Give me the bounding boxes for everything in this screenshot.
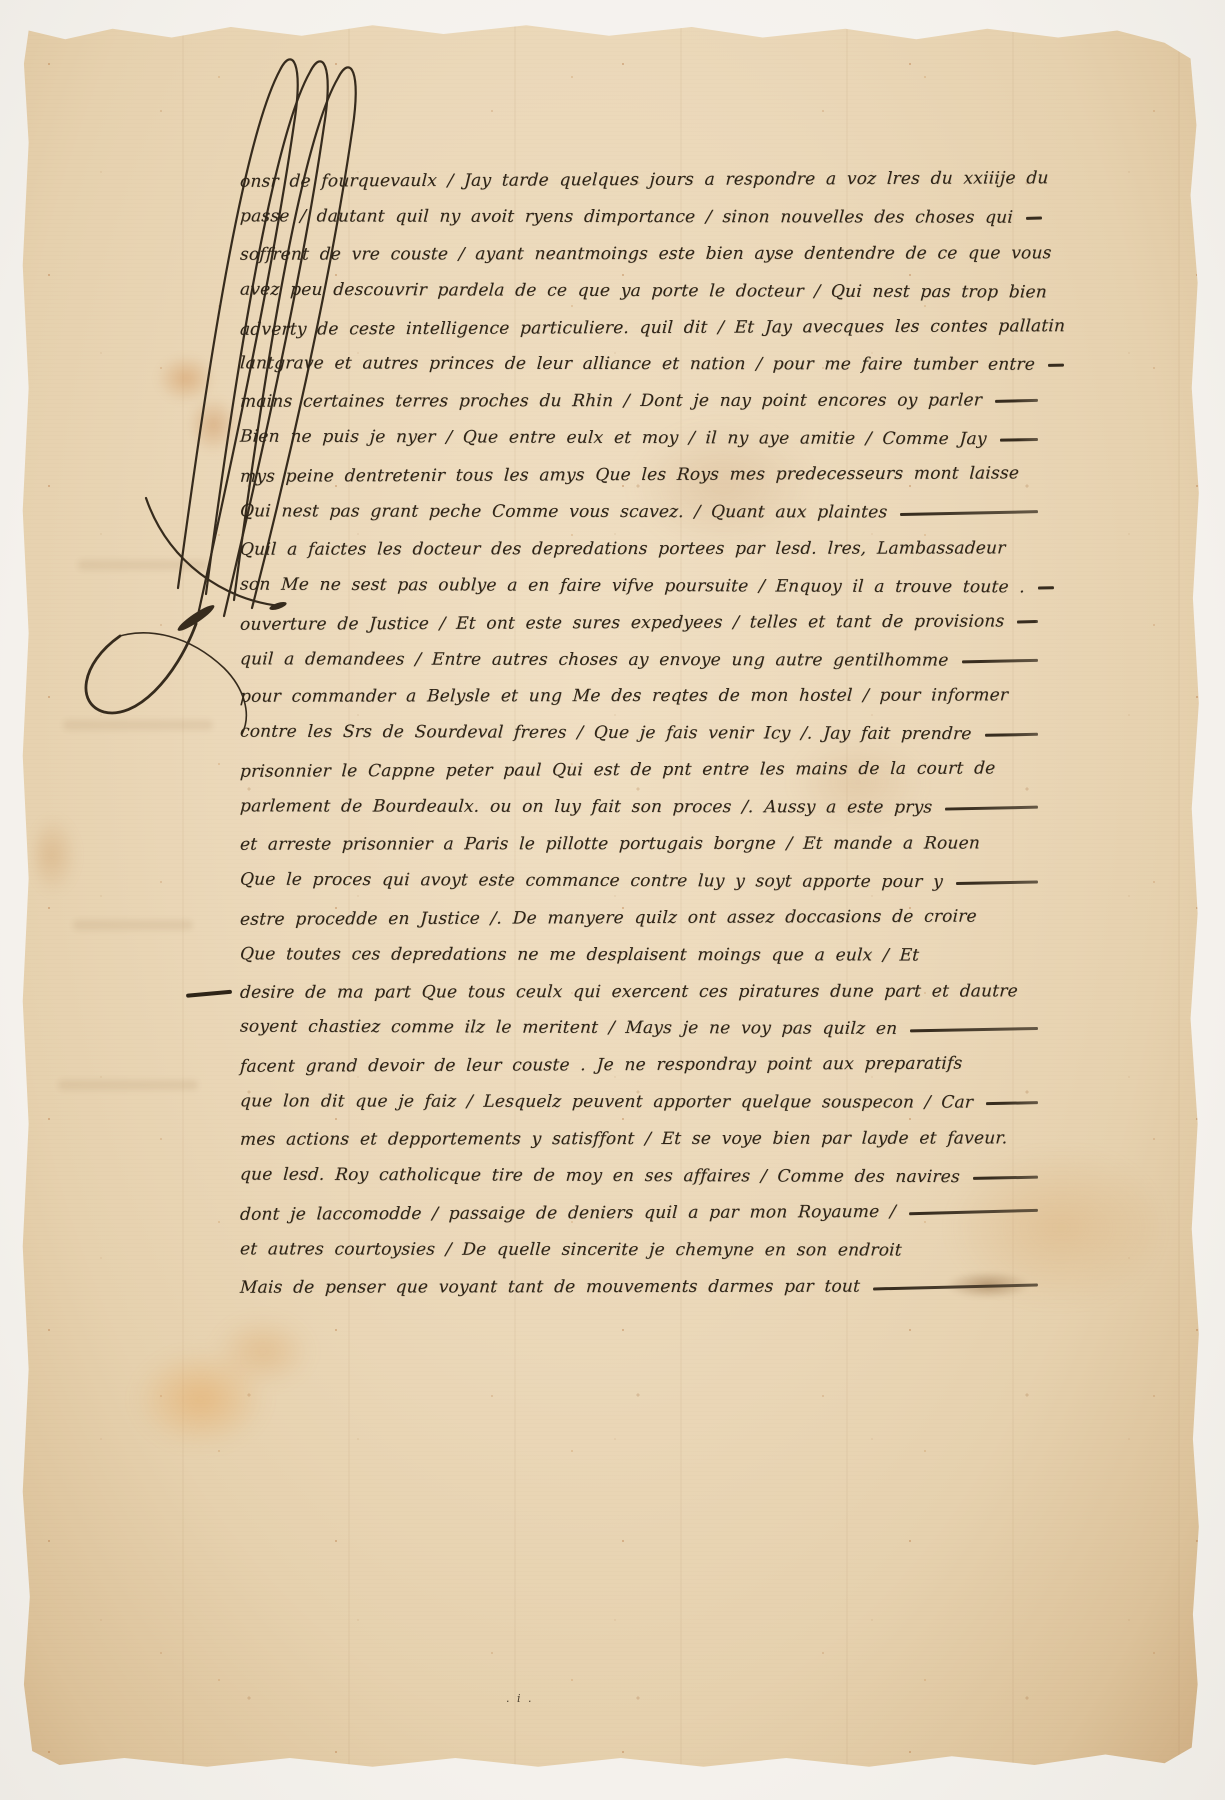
manuscript-line: Que le proces qui avoyt este commance co…	[240, 862, 1040, 902]
manuscript-line: Bien ne puis je nyer / Que entre eulx et…	[240, 419, 1040, 459]
manuscript-line-text: lantgrave et autres princes de leur alli…	[239, 354, 1035, 375]
manuscript-line-text: adverty de ceste intelligence particulie…	[240, 316, 1066, 340]
manuscript-line-text: estre procedde en Justice /. De manyere …	[240, 907, 978, 930]
manuscript-line-text: que lon dit que je faiz / Lesquelz peuve…	[239, 1092, 973, 1113]
manuscript-line: prisonnier le Cappne peter paul Qui est …	[240, 751, 1040, 791]
manuscript-line-text: mes actions et depportements y satisffon…	[239, 1129, 1007, 1150]
line-filler-dash	[1048, 364, 1064, 367]
manuscript-line-text: ouverture de Justice / Et ont este sures…	[240, 612, 1005, 635]
manuscript-line: contre les Srs de Sourdeval freres / Que…	[240, 714, 1040, 754]
manuscript-line: pour commander a Belysle et ung Me des r…	[240, 678, 1040, 716]
manuscript-line: dont je laccomodde / passaige de deniers…	[240, 1193, 1040, 1233]
line-filler-dash	[995, 399, 1038, 403]
manuscript-line-text: facent grand devoir de leur couste . Je …	[240, 1054, 963, 1077]
manuscript-line-text: onsr de fourquevaulx / Jay tarde quelque…	[240, 169, 1050, 193]
line-filler-dash	[909, 1209, 1038, 1215]
stain-bottom-left	[88, 1285, 338, 1475]
ink-mark: . i .	[506, 1692, 534, 1705]
manuscript-line: Mais de penser que voyant tant de mouvem…	[240, 1268, 1040, 1306]
line-filler-dash	[945, 806, 1038, 811]
manuscript-line-text: mains certaines terres proches du Rhin /…	[239, 391, 982, 412]
manuscript-line-text: passe / dautant quil ny avoit ryens dimp…	[239, 207, 1013, 228]
manuscript-line-text: pour commander a Belysle et ung Me des r…	[239, 686, 1008, 707]
manuscript-line-text: prisonnier le Cappne peter paul Qui est …	[240, 759, 996, 782]
manuscript-line: Qui nest pas grant peche Comme vous scav…	[240, 493, 1040, 531]
manuscript-line: soffrent de vre couste / ayant neantmoin…	[240, 235, 1040, 273]
line-filler-dash	[910, 1027, 1038, 1032]
manuscript-line: facent grand devoir de leur couste . Je …	[240, 1046, 1040, 1086]
manuscript-line-text: et autres courtoysies / De quelle sincer…	[239, 1240, 902, 1261]
manuscript-line-text: Que toutes ces depredations ne me despla…	[239, 944, 919, 965]
line-filler-dash	[873, 1283, 1038, 1290]
manuscript-line: avez peu descouvrir pardela de ce que ya…	[240, 271, 1040, 311]
line-filler-dash	[1000, 438, 1038, 442]
letter-body: onsr de fourquevaulx / Jay tarde quelque…	[240, 162, 1040, 1306]
lead-dash-stroke	[186, 989, 232, 997]
manuscript-line: mes actions et depportements y satisffon…	[240, 1120, 1040, 1158]
manuscript-line-text: Bien ne puis je nyer / Que entre eulx et…	[239, 427, 987, 450]
manuscript-line: adverty de ceste intelligence particulie…	[240, 308, 1040, 348]
manuscript-page: onsr de fourquevaulx / Jay tarde quelque…	[18, 20, 1200, 1772]
manuscript-line: passe / dautant quil ny avoit ryens dimp…	[240, 198, 1040, 236]
manuscript-line: que lesd. Roy catholicque tire de moy en…	[240, 1157, 1040, 1197]
manuscript-line-text: mys peine dentretenir tous les amys Que …	[240, 464, 1020, 487]
manuscript-line-text: son Me ne sest pas oublye a en faire vif…	[239, 575, 1025, 598]
manuscript-line: son Me ne sest pas oublye a en faire vif…	[240, 566, 1040, 606]
manuscript-line-text: et arreste prisonnier a Paris le pillott…	[239, 834, 980, 855]
manuscript-line: lantgrave et autres princes de leur alli…	[240, 346, 1040, 384]
manuscript-line-text: contre les Srs de Sourdeval freres / Que…	[239, 722, 972, 745]
line-filler-dash	[956, 880, 1038, 885]
manuscript-line: Que toutes ces depredations ne me despla…	[240, 936, 1040, 974]
manuscript-line: ouverture de Justice / Et ont este sures…	[240, 603, 1040, 643]
manuscript-line: Quil a faictes les docteur des depredati…	[240, 530, 1040, 568]
show-through-line	[58, 1080, 198, 1090]
manuscript-line-text: Qui nest pas grant peche Comme vous scav…	[239, 502, 887, 523]
line-filler-dash	[1038, 586, 1054, 589]
manuscript-line-text: Que le proces qui avoyt este commance co…	[239, 870, 943, 892]
line-filler-dash	[973, 1176, 1038, 1180]
line-filler-dash	[985, 733, 1038, 737]
line-filler-dash	[986, 1101, 1038, 1105]
manuscript-line: onsr de fourquevaulx / Jay tarde quelque…	[240, 160, 1040, 200]
manuscript-line: soyent chastiez comme ilz le meritent / …	[240, 1009, 1040, 1049]
manuscript-line-text: desire de ma part Que tous ceulx qui exe…	[239, 981, 1018, 1002]
manuscript-line-text: soffrent de vre couste / ayant neantmoin…	[239, 243, 1052, 264]
manuscript-line-text: que lesd. Roy catholicque tire de moy en…	[239, 1165, 960, 1188]
manuscript-line: mys peine dentretenir tous les amys Que …	[240, 455, 1040, 495]
photo-backdrop: onsr de fourquevaulx / Jay tarde quelque…	[0, 0, 1225, 1800]
manuscript-line: mains certaines terres proches du Rhin /…	[240, 383, 1040, 421]
manuscript-line-text: Quil a faictes les docteur des depredati…	[239, 539, 1006, 560]
manuscript-line: que lon dit que je faiz / Lesquelz peuve…	[240, 1084, 1040, 1122]
stain-left-edge	[34, 815, 78, 895]
manuscript-line: estre procedde en Justice /. De manyere …	[240, 898, 1040, 938]
manuscript-line: et autres courtoysies / De quelle sincer…	[240, 1231, 1040, 1269]
manuscript-line: parlement de Bourdeaulx. ou on luy fait …	[240, 788, 1040, 826]
manuscript-line-text: soyent chastiez comme ilz le meritent / …	[239, 1018, 897, 1040]
manuscript-line-text: dont je laccomodde / passaige de deniers…	[240, 1202, 897, 1225]
manuscript-line-text: quil a demandees / Entre autres choses a…	[239, 649, 949, 670]
show-through-line	[73, 920, 193, 930]
manuscript-line: et arreste prisonnier a Paris le pillott…	[240, 825, 1040, 863]
manuscript-line-text: parlement de Bourdeaulx. ou on luy fait …	[239, 797, 932, 818]
line-filler-dash	[962, 658, 1039, 663]
line-filler-dash	[900, 510, 1038, 516]
line-filler-dash	[1026, 216, 1042, 219]
line-filler-dash	[1017, 620, 1038, 624]
manuscript-line-text: avez peu descouvrir pardela de ce que ya…	[239, 280, 1047, 303]
manuscript-line: quil a demandees / Entre autres choses a…	[240, 641, 1040, 679]
manuscript-line: desire de ma part Que tous ceulx qui exe…	[240, 973, 1040, 1011]
manuscript-line-text: Mais de penser que voyant tant de mouvem…	[239, 1277, 860, 1298]
